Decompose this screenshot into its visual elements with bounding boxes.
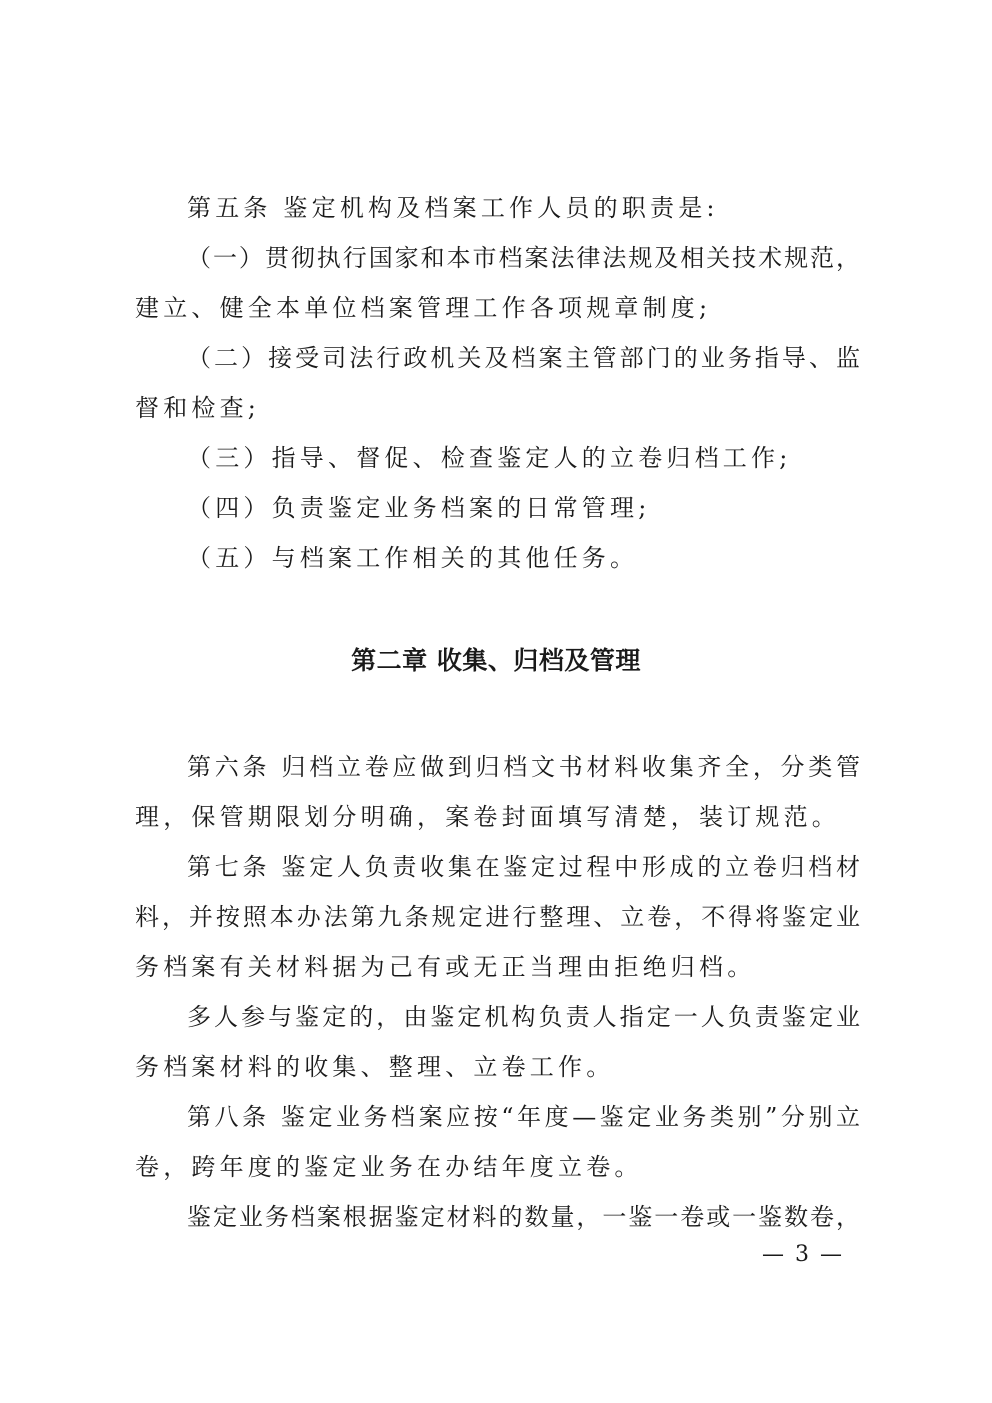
article-8-line-2: 卷，跨年度的鉴定业务在办结年度立卷。	[135, 1152, 860, 1182]
article-7-line-3: 务档案有关材料据为己有或无正当理由拒绝归档。	[135, 952, 860, 982]
page-number: — 3 —	[762, 1240, 844, 1270]
article-7-para-2-line-1: 多人参与鉴定的，由鉴定机构负责人指定一人负责鉴定业	[187, 1002, 860, 1032]
article-7-line-2: 料，并按照本办法第九条规定进行整理、立卷，不得将鉴定业	[135, 902, 860, 932]
article-5-intro: 第五条 鉴定机构及档案工作人员的职责是:	[187, 193, 860, 223]
article-8-line-1: 第八条 鉴定业务档案应按“年度—鉴定业务类别”分别立	[187, 1102, 860, 1132]
chapter-2-title: 第二章 收集、归档及管理	[0, 645, 992, 677]
article-8-para-2-line-1: 鉴定业务档案根据鉴定材料的数量，一鉴一卷或一鉴数卷，	[187, 1202, 860, 1232]
article-5-item-2-line-2: 督和检查;	[135, 393, 860, 423]
article-5-item-4: （四）负责鉴定业务档案的日常管理;	[187, 493, 860, 523]
article-5-item-3: （三）指导、督促、检查鉴定人的立卷归档工作;	[187, 443, 860, 473]
article-5-item-5: （五）与档案工作相关的其他任务。	[187, 543, 860, 573]
document-page: 第五条 鉴定机构及档案工作人员的职责是: （一）贯彻执行国家和本市档案法律法规及…	[0, 0, 992, 1403]
article-7-para-2-line-2: 务档案材料的收集、整理、立卷工作。	[135, 1052, 860, 1082]
article-6-line-1: 第六条 归档立卷应做到归档文书材料收集齐全，分类管	[187, 752, 860, 782]
article-6-line-2: 理，保管期限划分明确，案卷封面填写清楚，装订规范。	[135, 802, 860, 832]
article-7-line-1: 第七条 鉴定人负责收集在鉴定过程中形成的立卷归档材	[187, 852, 860, 882]
article-5-item-1-line-2: 建立、健全本单位档案管理工作各项规章制度;	[135, 293, 860, 323]
article-5-item-2-line-1: （二）接受司法行政机关及档案主管部门的业务指导、监	[187, 343, 860, 373]
article-5-item-1-line-1: （一）贯彻执行国家和本市档案法律法规及相关技术规范，	[187, 243, 860, 273]
